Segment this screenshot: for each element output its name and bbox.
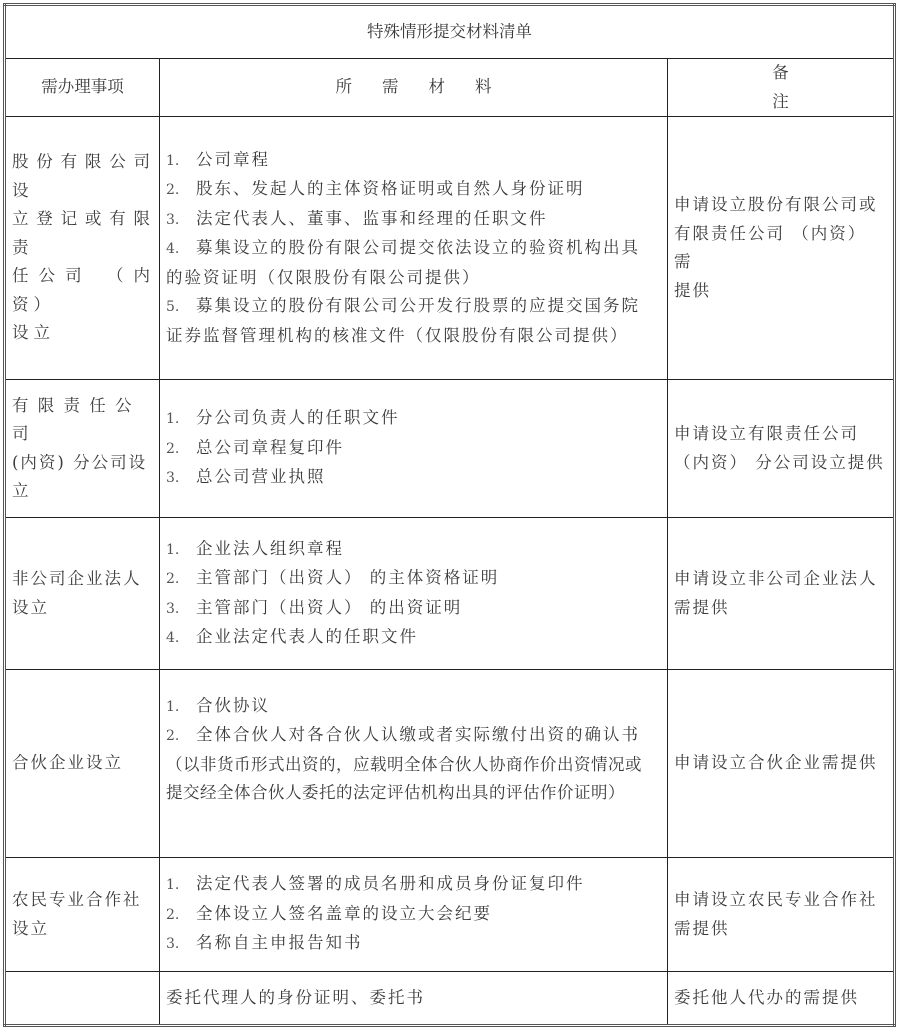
material-item-continued: 的验资证明（仅限股份有限公司提供） [166,264,661,293]
note-line: 有限责任公司 （内资） 需 [674,220,889,277]
material-item-continued: 提交经全体合伙人委托的法定评估机构出具的评估作价证明） [166,779,661,808]
note-cell: 申请设立合伙企业需提供 [668,670,895,858]
header-notes: 备注 [668,59,895,117]
note-cell: 申请设立非公司企业法人 需提供 [668,518,895,670]
header-materials: 所需材料 [160,59,668,117]
note-line: 提供 [674,277,889,306]
item-line: 司 [12,420,155,449]
header-item: 需办理事项 [5,59,160,117]
materials-cell: 1.分公司负责人的任职文件 2.总公司章程复印件 3.总公司营业执照 [160,380,668,518]
note-line: 需提供 [674,594,889,623]
table-title: 特殊情形提交材料清单 [5,5,895,59]
material-item: 5.募集设立的股份有限公司公开发行股票的应提交国务院 [166,292,661,322]
note-line: 委托他人代办的需提供 [674,984,889,1013]
item-cell: 合伙企业设立 [5,670,160,858]
item-line: 设立 [12,594,155,623]
materials-cell: 委托代理人的身份证明、委托书 [160,972,668,1026]
note-line: 申请设立股份有限公司或 [674,191,889,220]
note-cell: 申请设立有限责任公司 （内资） 分公司设立提供 [668,380,895,518]
materials-cell: 1.企业法人组织章程 2.主管部门（出资人） 的主体资格证明 3.主管部门（出资… [160,518,668,670]
item-cell: 有 限 责 任 公 司 (内资) 分公司设 立 [5,380,160,518]
materials-cell: 1.法定代表人签署的成员名册和成员身份证复印件 2.全体设立人签名盖章的设立大会… [160,858,668,972]
item-line: 合伙企业设立 [12,749,155,778]
material-item: 1.合伙协议 [166,692,661,722]
material-item-continued: 证券监督管理机构的核准文件（仅限股份有限公司提供） [166,322,661,351]
material-item: 1.法定代表人签署的成员名册和成员身份证复印件 [166,870,661,900]
table-row: 合伙企业设立 1.合伙协议 2.全体合伙人对各合伙人认缴或者实际缴付出资的确认书… [5,670,895,858]
item-line: 任公司 （内资） [12,262,155,319]
item-line: 农民专业合作社 [12,886,155,915]
spacer [166,808,661,836]
item-cell: 农民专业合作社 设立 [5,858,160,972]
title-row: 特殊情形提交材料清单 [5,5,895,59]
item-line: 设立 [12,319,155,348]
table-row: 非公司企业法人 设立 1.企业法人组织章程 2.主管部门（出资人） 的主体资格证… [5,518,895,670]
material-item: 1.公司章程 [166,146,661,176]
material-item: 4.募集设立的股份有限公司提交依法设立的验资机构出具 [166,234,661,264]
item-line: 非公司企业法人 [12,565,155,594]
material-item: 2.主管部门（出资人） 的主体资格证明 [166,564,661,594]
material-item: 2.股东、发起人的主体资格证明或自然人身份证明 [166,175,661,205]
table-row: 委托代理人的身份证明、委托书 委托他人代办的需提供 [5,972,895,1026]
materials-checklist-table: 特殊情形提交材料清单 需办理事项 所需材料 备注 股份有限公司设 立登记或有限责… [3,3,896,1027]
material-item: 2.总公司章程复印件 [166,434,661,464]
item-cell: 非公司企业法人 设立 [5,518,160,670]
note-cell: 申请设立股份有限公司或 有限责任公司 （内资） 需 提供 [668,117,895,380]
note-line: 需提供 [674,915,889,944]
note-cell: 委托他人代办的需提供 [668,972,895,1026]
material-item-continued: （以非货币形式出资的，应载明全体合伙人协商作价出资情况或 [166,751,661,780]
note-cell: 申请设立农民专业合作社 需提供 [668,858,895,972]
item-cell: 股份有限公司设 立登记或有限责 任公司 （内资） 设立 [5,117,160,380]
note-line: 申请设立合伙企业需提供 [674,749,889,778]
table-row: 有 限 责 任 公 司 (内资) 分公司设 立 1.分公司负责人的任职文件 2.… [5,380,895,518]
item-line: 股份有限公司设 [12,148,155,205]
table-row: 农民专业合作社 设立 1.法定代表人签署的成员名册和成员身份证复印件 2.全体设… [5,858,895,972]
note-line: （内资） 分公司设立提供 [674,449,889,478]
item-line: 立登记或有限责 [12,205,155,262]
materials-cell: 1.合伙协议 2.全体合伙人对各合伙人认缴或者实际缴付出资的确认书 （以非货币形… [160,670,668,858]
note-line: 申请设立有限责任公司 [674,420,889,449]
material-item: 3.总公司营业执照 [166,463,661,493]
material-item: 1.企业法人组织章程 [166,535,661,565]
material-item: 2.全体设立人签名盖章的设立大会纪要 [166,900,661,930]
item-line: (内资) 分公司设 [12,449,155,478]
material-item: 3.法定代表人、董事、监事和经理的任职文件 [166,205,661,235]
materials-cell: 1.公司章程 2.股东、发起人的主体资格证明或自然人身份证明 3.法定代表人、董… [160,117,668,380]
note-line: 申请设立非公司企业法人 [674,565,889,594]
note-line: 申请设立农民专业合作社 [674,886,889,915]
material-item: 1.分公司负责人的任职文件 [166,404,661,434]
material-item: 委托代理人的身份证明、委托书 [166,984,661,1013]
item-line: 立 [12,477,155,506]
material-item: 4.企业法定代表人的任职文件 [166,623,661,653]
item-line: 设立 [12,915,155,944]
material-item: 3.名称自主申报告知书 [166,929,661,959]
table-row: 股份有限公司设 立登记或有限责 任公司 （内资） 设立 1.公司章程 2.股东、… [5,117,895,380]
item-cell [5,972,160,1026]
material-item: 2.全体合伙人对各合伙人认缴或者实际缴付出资的确认书 [166,721,661,751]
material-item: 3.主管部门（出资人） 的出资证明 [166,594,661,624]
item-line: 有 限 责 任 公 [12,392,155,421]
header-row: 需办理事项 所需材料 备注 [5,59,895,117]
